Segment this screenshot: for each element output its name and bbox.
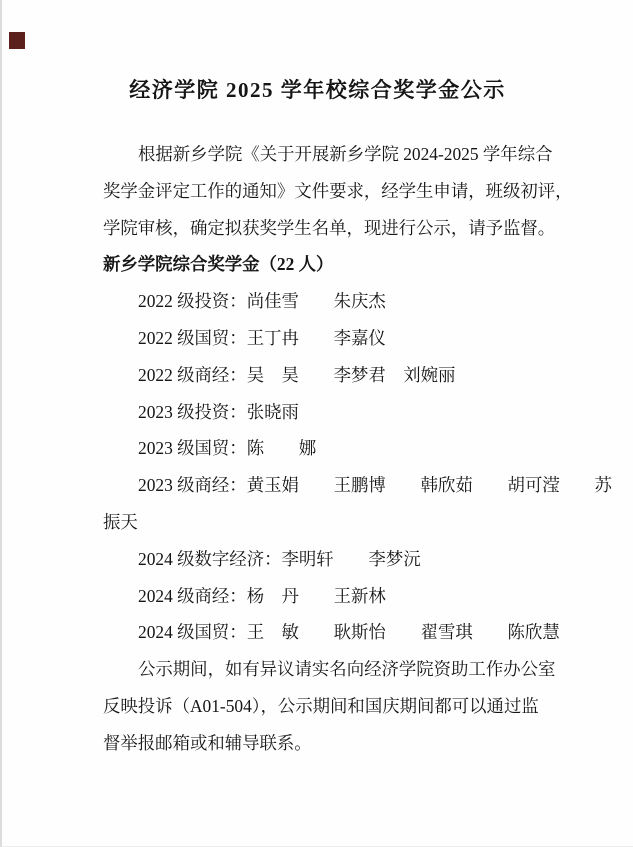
- doc-line-1: 奖学金评定工作的通知》文件要求，经学生申请，班级初评，: [103, 173, 623, 210]
- doc-line-11: 2024 级数字经济：李明轩 李梦沅: [103, 541, 623, 578]
- doc-line-15: 反映投诉（A01-504），公示期间和国庆期间都可以通过监: [103, 688, 623, 725]
- doc-line-10: 振天: [103, 504, 623, 541]
- document-title: 经济学院 2025 学年校综合奖学金公示: [2, 0, 633, 110]
- document-page: 经济学院 2025 学年校综合奖学金公示 根据新乡学院《关于开展新乡学院 202…: [0, 0, 633, 847]
- doc-line-0: 根据新乡学院《关于开展新乡学院 2024-2025 学年综合: [103, 136, 623, 173]
- doc-line-12: 2024 级商经：杨 丹 王新林: [103, 578, 623, 615]
- document-body: 根据新乡学院《关于开展新乡学院 2024-2025 学年综合奖学金评定工作的通知…: [2, 136, 633, 762]
- doc-line-2: 学院审核，确定拟获奖学生名单，现进行公示，请予监督。: [103, 210, 623, 247]
- doc-line-14: 公示期间，如有异议请实名向经济学院资助工作办公室: [103, 651, 623, 688]
- doc-line-7: 2023 级投资：张晓雨: [103, 394, 623, 431]
- doc-line-13: 2024 级国贸：王 敏 耿斯怡 翟雪琪 陈欣慧: [103, 614, 623, 651]
- doc-line-8: 2023 级国贸：陈 娜: [103, 430, 623, 467]
- doc-line-6: 2022 级商经：吴 昊 李梦君 刘婉丽: [103, 357, 623, 394]
- doc-line-5: 2022 级国贸：王丁冉 李嘉仪: [103, 320, 623, 357]
- doc-line-3: 新乡学院综合奖学金（22 人）: [103, 246, 623, 283]
- doc-line-9: 2023 级商经：黄玉娟 王鹏博 韩欣茹 胡可滢 苏: [103, 467, 623, 504]
- doc-line-16: 督举报邮箱或和辅导联系。: [103, 725, 623, 762]
- doc-line-4: 2022 级投资：尚佳雪 朱庆杰: [103, 283, 623, 320]
- page-corner-marker: [9, 32, 25, 49]
